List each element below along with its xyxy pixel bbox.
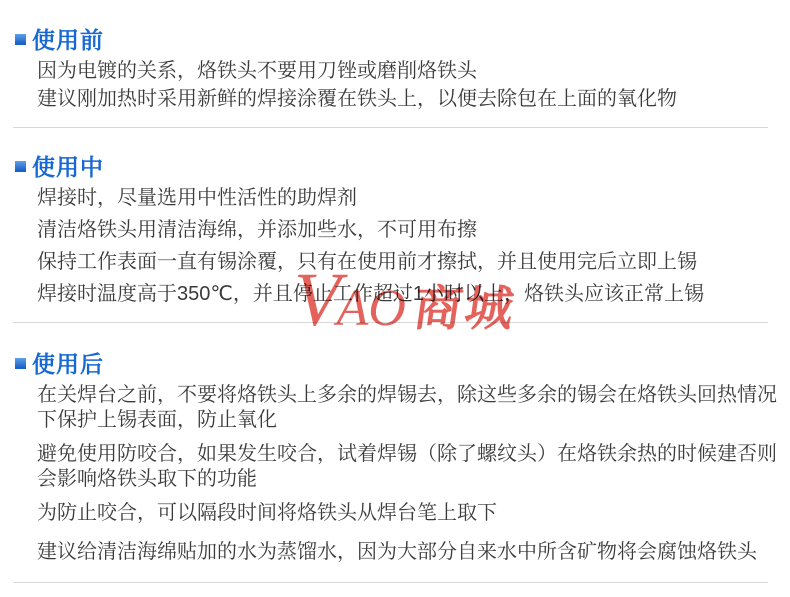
section-title: 使用前	[32, 22, 104, 55]
body-paragraph: 为防止咬合，可以隔段时间将烙铁头从焊台笔上取下	[37, 501, 779, 526]
section-header: 使用后	[15, 349, 790, 375]
section-during-use: 使用中 焊接时，尽量选用中性活性的助焊剂 清洁烙铁头用清洁海绵，并添加些水，不可…	[0, 128, 790, 310]
square-bullet-icon	[15, 161, 26, 172]
section-body: 焊接时，尽量选用中性活性的助焊剂 清洁烙铁头用清洁海绵，并添加些水，不可用布擦 …	[37, 182, 779, 310]
section-title: 使用中	[32, 149, 104, 182]
body-paragraph: 建议给清洁海绵贴加的水为蒸馏水，因为大部分自来水中所含矿物将会腐蚀烙铁头	[37, 540, 779, 565]
section-body: 在关焊台之前，不要将烙铁头上多余的焊锡去，除这些多余的锡会在烙铁头回热情况下保护…	[37, 383, 779, 565]
section-after-use: 使用后 在关焊台之前，不要将烙铁头上多余的焊锡去，除这些多余的锡会在烙铁头回热情…	[0, 323, 790, 565]
section-header: 使用中	[15, 152, 790, 178]
usage-instructions-page: 使用前 因为电镀的关系，烙铁头不要用刀锉或磨削烙铁头 建议刚加热时采用新鲜的焊接…	[0, 0, 790, 597]
body-line: 清洁烙铁头用清洁海绵，并添加些水，不可用布擦	[37, 214, 779, 246]
body-line: 焊接时，尽量选用中性活性的助焊剂	[37, 182, 779, 214]
body-paragraph: 在关焊台之前，不要将烙铁头上多余的焊锡去，除这些多余的锡会在烙铁头回热情况下保护…	[37, 383, 779, 433]
body-line: 建议刚加热时采用新鲜的焊接涂覆在铁头上，以便去除包在上面的氧化物	[37, 85, 779, 113]
square-bullet-icon	[15, 34, 26, 45]
body-line: 焊接时温度高于350℃，并且停止工作超过1小时以上，烙铁头应该正常上锡	[37, 278, 779, 310]
square-bullet-icon	[15, 358, 26, 369]
body-line: 保持工作表面一直有锡涂覆，只有在使用前才擦拭，并且使用完后立即上锡	[37, 246, 779, 278]
section-divider	[13, 582, 768, 583]
section-body: 因为电镀的关系，烙铁头不要用刀锉或磨削烙铁头 建议刚加热时采用新鲜的焊接涂覆在铁…	[37, 57, 779, 113]
section-header: 使用前	[15, 25, 790, 51]
section-title: 使用后	[32, 346, 104, 379]
body-paragraph: 避免使用防咬合，如果发生咬合，试着焊锡（除了螺纹头）在烙铁余热的时候建否则会影响…	[37, 442, 779, 492]
body-line: 因为电镀的关系，烙铁头不要用刀锉或磨削烙铁头	[37, 57, 779, 85]
section-before-use: 使用前 因为电镀的关系，烙铁头不要用刀锉或磨削烙铁头 建议刚加热时采用新鲜的焊接…	[0, 0, 790, 113]
